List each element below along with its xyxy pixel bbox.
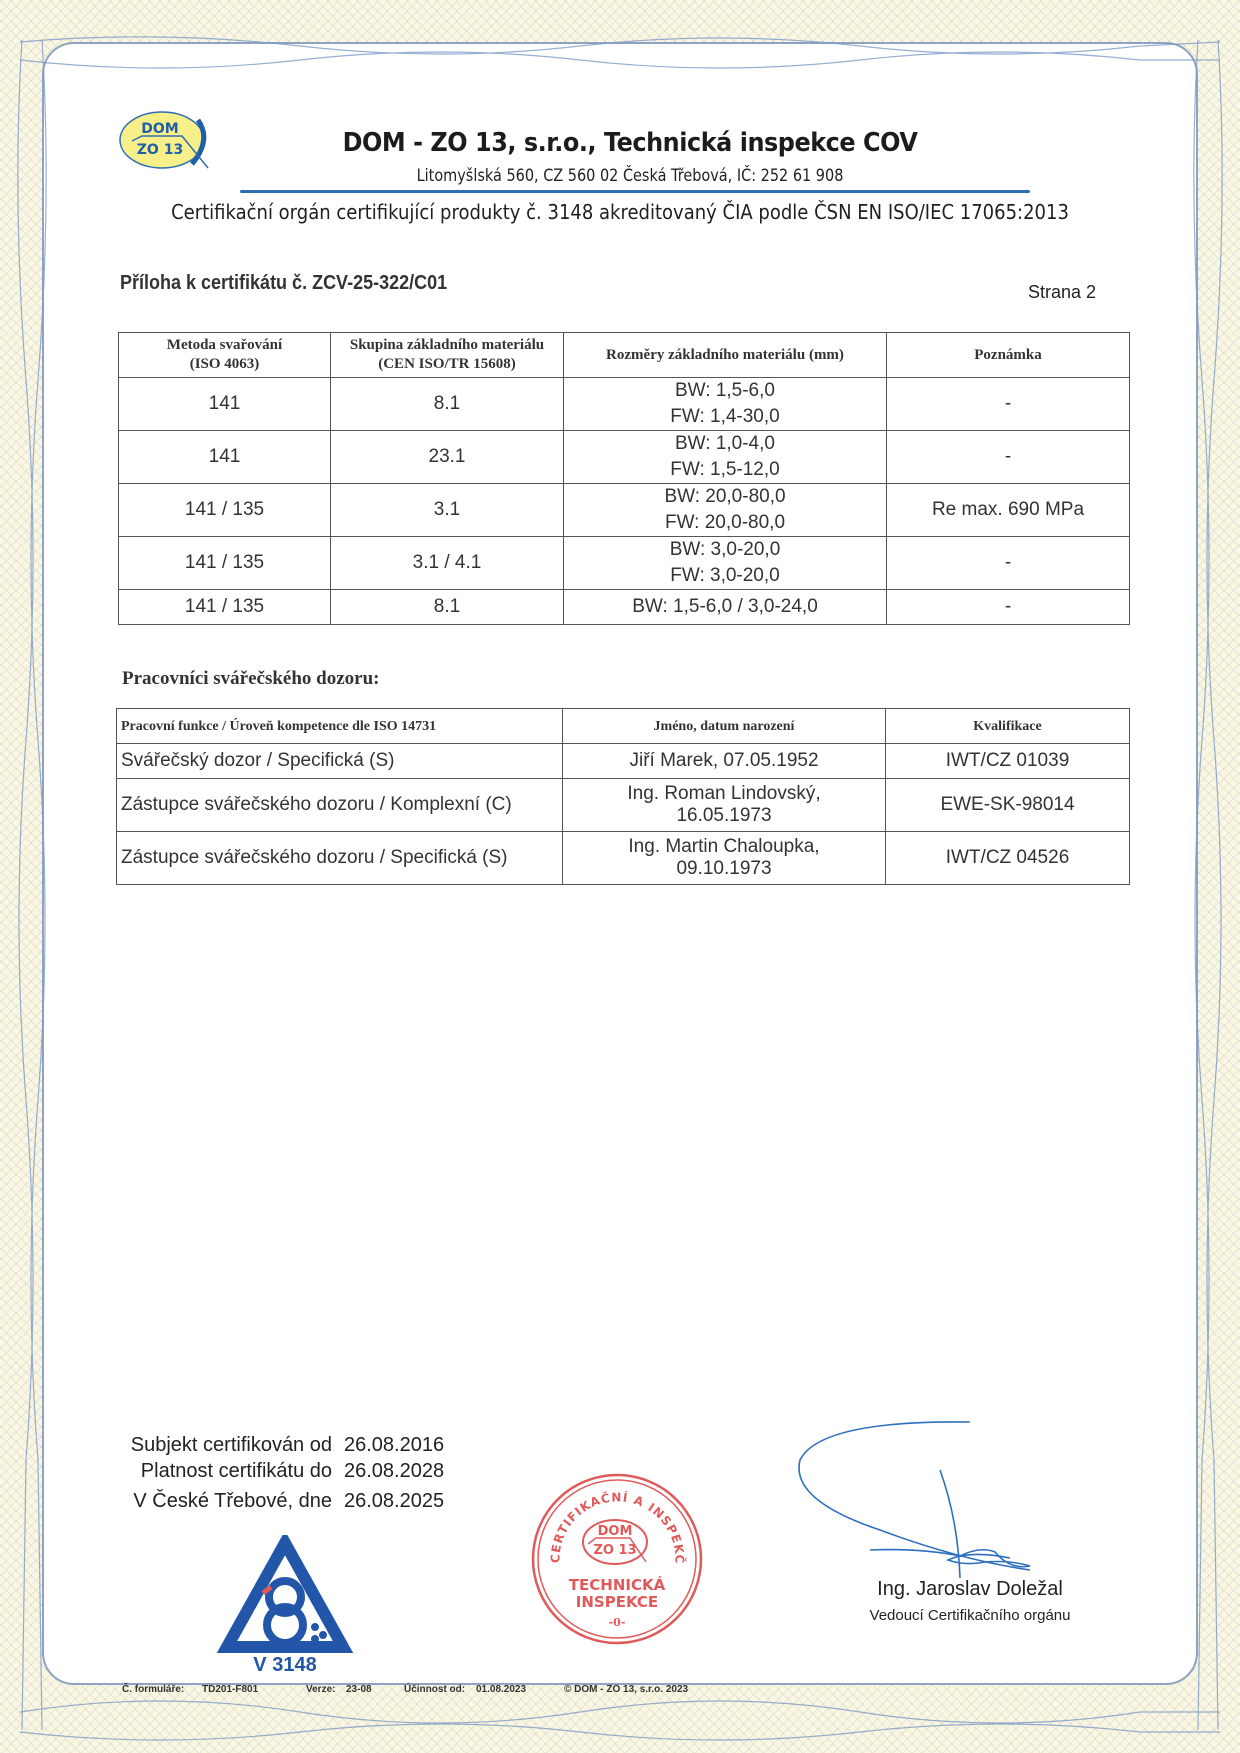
signatory: Ing. Jaroslav Doležal Vedoucí Certifikač…	[820, 1578, 1120, 1624]
dims-cell: BW: 1,5-6,0FW: 1,4-30,0	[564, 378, 887, 431]
table-header-row: Metoda svařování(ISO 4063) Skupina zákla…	[119, 333, 1130, 378]
svg-text:INSPEKCE: INSPEKCE	[576, 1593, 658, 1611]
effective-date: 01.08.2023	[476, 1684, 564, 1695]
table-row: Svářečský dozor / Specifická (S) Jiří Ma…	[117, 744, 1130, 779]
svg-text:DOM: DOM	[598, 1524, 633, 1539]
issued-date: 26.08.2025	[344, 1488, 444, 1514]
valid-until-date: 26.08.2028	[344, 1458, 444, 1484]
copyright: © DOM - ZO 13, s.r.o. 2023	[564, 1684, 688, 1695]
dims-cell: BW: 1,0-4,0FW: 1,5-12,0	[564, 431, 887, 484]
person-cell: Ing. Roman Lindovský,16.05.1973	[563, 779, 886, 832]
version: 23-08	[346, 1684, 404, 1695]
table-row: 141 / 135 3.1 BW: 20,0-80,0FW: 20,0-80,0…	[119, 484, 1130, 537]
staff-section-heading: Pracovníci svářečského dozoru:	[122, 668, 380, 690]
qualification-cell: EWE-SK-98014	[886, 779, 1130, 832]
dims-cell: BW: 1,5-6,0 / 3,0-24,0	[564, 590, 887, 625]
official-stamp-icon: CERTIFIKAČNÍ A INSPEKČNÍ ORGÁN DOM ZO 13…	[530, 1472, 705, 1647]
method-cell: 141 / 135	[119, 590, 331, 625]
svg-text:DOM: DOM	[141, 121, 178, 137]
table-row: Zástupce svářečského dozoru / Komplexní …	[117, 779, 1130, 832]
table-header-row: Pracovní funkce / Úroveň kompetence dle …	[117, 709, 1130, 744]
header-person: Jméno, datum narození	[563, 709, 886, 744]
person-cell: Jiří Marek, 07.05.1952	[563, 744, 886, 779]
company-name: DOM - ZO 13, s.r.o., Technická inspekce …	[262, 128, 998, 158]
issued-label: V České Třebové, dne	[120, 1488, 332, 1514]
header-divider	[240, 190, 1030, 193]
svg-text:-0-: -0-	[609, 1616, 626, 1629]
note-cell: Re max. 690 MPa	[887, 484, 1130, 537]
group-cell: 8.1	[331, 590, 564, 625]
certified-since-label: Subjekt certifikován od	[120, 1432, 332, 1458]
header-method: Metoda svařování(ISO 4063)	[119, 333, 331, 378]
group-cell: 23.1	[331, 431, 564, 484]
method-cell: 141 / 135	[119, 537, 331, 590]
form-footer: Č. formuláře: TD201-F801 Verze: 23-08 Úč…	[122, 1684, 688, 1695]
header-qualification: Kvalifikace	[886, 709, 1130, 744]
version-label: Verze:	[306, 1684, 346, 1695]
company-address: Litomyšlská 560, CZ 560 02 Česká Třebová…	[290, 166, 970, 186]
welding-supervision-staff-table: Pracovní funkce / Úroveň kompetence dle …	[116, 708, 1130, 885]
form-number: TD201-F801	[202, 1684, 306, 1695]
group-cell: 3.1 / 4.1	[331, 537, 564, 590]
header-note: Poznámka	[887, 333, 1130, 378]
certified-since-date: 26.08.2016	[344, 1432, 444, 1458]
svg-text:TECHNICKÁ: TECHNICKÁ	[569, 1575, 666, 1594]
svg-text:ZO 13: ZO 13	[137, 142, 183, 158]
signatory-name: Ing. Jaroslav Doležal	[820, 1578, 1120, 1601]
note-cell: -	[887, 537, 1130, 590]
table-row: 141 / 135 8.1 BW: 1,5-6,0 / 3,0-24,0 -	[119, 590, 1130, 625]
dims-cell: BW: 3,0-20,0FW: 3,0-20,0	[564, 537, 887, 590]
company-logo: DOM ZO 13	[112, 110, 232, 172]
form-number-label: Č. formuláře:	[122, 1684, 202, 1695]
dims-cell: BW: 20,0-80,0FW: 20,0-80,0	[564, 484, 887, 537]
method-cell: 141	[119, 378, 331, 431]
method-cell: 141	[119, 431, 331, 484]
role-cell: Svářečský dozor / Specifická (S)	[117, 744, 563, 779]
group-cell: 8.1	[331, 378, 564, 431]
role-cell: Zástupce svářečského dozoru / Komplexní …	[117, 779, 563, 832]
note-cell: -	[887, 431, 1130, 484]
svg-text:ZO 13: ZO 13	[593, 1543, 636, 1558]
table-row: 141 8.1 BW: 1,5-6,0FW: 1,4-30,0 -	[119, 378, 1130, 431]
valid-until-label: Platnost certifikátu do	[120, 1458, 332, 1484]
page-number: Strana 2	[1028, 282, 1096, 303]
header-role: Pracovní funkce / Úroveň kompetence dle …	[117, 709, 563, 744]
table-row: 141 23.1 BW: 1,0-4,0FW: 1,5-12,0 -	[119, 431, 1130, 484]
table-row: 141 / 135 3.1 / 4.1 BW: 3,0-20,0FW: 3,0-…	[119, 537, 1130, 590]
signature-icon	[780, 1420, 1090, 1580]
qualification-cell: IWT/CZ 01039	[886, 744, 1130, 779]
effective-label: Účinnost od:	[404, 1684, 476, 1695]
table-row: Zástupce svářečského dozoru / Specifická…	[117, 832, 1130, 885]
header-dimensions: Rozměry základního materiálu (mm)	[564, 333, 887, 378]
role-cell: Zástupce svářečského dozoru / Specifická…	[117, 832, 563, 885]
svg-text:V 3148: V 3148	[253, 1654, 316, 1675]
validity-dates: Subjekt certifikován od26.08.2016 Platno…	[120, 1432, 444, 1514]
cia-accreditation-mark-icon: V 3148	[215, 1535, 355, 1675]
qualification-cell: IWT/CZ 04526	[886, 832, 1130, 885]
annex-title: Příloha k certifikátu č. ZCV-25-322/C01	[120, 272, 447, 295]
signatory-role: Vedoucí Certifikačního orgánu	[820, 1607, 1120, 1624]
welding-methods-table: Metoda svařování(ISO 4063) Skupina zákla…	[118, 332, 1130, 625]
method-cell: 141 / 135	[119, 484, 331, 537]
group-cell: 3.1	[331, 484, 564, 537]
header-material-group: Skupina základního materiálu(CEN ISO/TR …	[331, 333, 564, 378]
person-cell: Ing. Martin Chaloupka,09.10.1973	[563, 832, 886, 885]
note-cell: -	[887, 590, 1130, 625]
accreditation-statement: Certifikační orgán certifikující produkt…	[170, 200, 1070, 224]
note-cell: -	[887, 378, 1130, 431]
